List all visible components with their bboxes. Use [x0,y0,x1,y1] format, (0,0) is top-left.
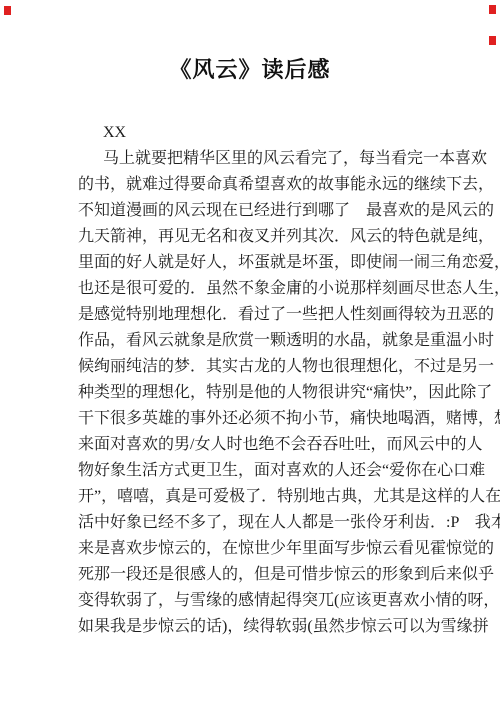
text-line: 不知道漫画的风云现在已经进行到哪了 最喜欢的是风云的 [78,198,434,224]
text-line: 来面对喜欢的男/女人时也绝不会吞吞吐吐，而风云中的人 [78,432,434,458]
text-line: 如果我是步惊云的话)，续得软弱(虽然步惊云可以为雪缘拼 [78,614,434,640]
text-line: 是感觉特别地理想化．看过了一些把人性刻画得较为丑恶的 [78,302,434,328]
red-mark-top-left [4,6,11,15]
text-line: 变得软弱了，与雪缘的感情起得突兀(应该更喜欢小情的呀， [78,588,434,614]
text-line: XX [78,120,434,146]
text-line: 里面的好人就是好人，坏蛋就是坏蛋，即使闹一闹三角恋爱， [78,250,434,276]
body-text: XX马上就要把精华区里的风云看完了，每当看完一本喜欢的书，就难过得要命真希望喜欢… [78,120,434,640]
text-line: 种类型的理想化，特别是他的人物很讲究“痛快”，因此除了 [78,380,434,406]
text-line: 活中好象已经不多了，现在人人都是一张伶牙利齿．:P 我本 [78,510,434,536]
text-line: 也还是很可爱的．虽然不象金庸的小说那样刻画尽世态人生，但 [78,276,434,302]
red-mark-right-upper [489,36,496,45]
text-line: 死那一段还是很感人的，但是可惜步惊云的形象到后来似乎 [78,562,434,588]
document-page: 《风云》读后感 XX马上就要把精华区里的风云看完了，每当看完一本喜欢的书，就难过… [0,0,500,708]
text-line: 物好象生活方式更卫生，面对喜欢的人还会“爱你在心口难 [78,458,434,484]
text-line: 九天箭神，再见无名和夜叉并列其次．风云的特色就是纯， [78,224,434,250]
text-line: 来是喜欢步惊云的，在惊世少年里面写步惊云看见霍惊觉的 [78,536,434,562]
text-line: 的书，就难过得要命真希望喜欢的故事能永远的继续下去， [78,172,434,198]
text-line: 开”，嘻嘻，真是可爱极了．特别地古典，尤其是这样的人在生 [78,484,434,510]
text-line: 作品，看风云就象是欣赏一颗透明的水晶，就象是重温小时 [78,328,434,354]
text-line: 马上就要把精华区里的风云看完了，每当看完一本喜欢 [78,146,434,172]
page-title: 《风云》读后感 [0,55,500,85]
text-line: 干下很多英雄的事外还必须不拘小节，痛快地喝酒，赌博，想 [78,406,434,432]
text-line: 候绚丽纯洁的梦．其实古龙的人物也很理想化，不过是另一 [78,354,434,380]
red-mark-top-right [489,5,496,14]
